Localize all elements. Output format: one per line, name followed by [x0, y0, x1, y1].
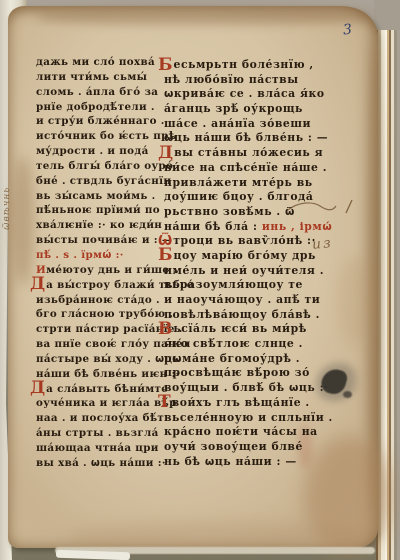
- text-line: повѣлѣва́ющоу бла́вѣ .: [164, 308, 346, 323]
- rubric-initial: Д: [30, 378, 45, 398]
- ink-text: вьразоумля́ющоу те: [164, 278, 303, 291]
- ink-text: вы хва́ . ѡць на́ши :·: [36, 457, 166, 469]
- rubric-initial: Б: [158, 245, 173, 265]
- text-line: ва пнїе своѥ́ гло́у паче́л: [36, 338, 168, 353]
- manuscript-page: 3 дажь ми сло́ похва́лити чти́мь сьмы́сл…: [8, 6, 378, 548]
- text-line: лити чти́мь сьмы́: [36, 71, 168, 86]
- ink-text: пѣ́ньноѥ прїими́ по: [36, 204, 160, 216]
- ink-text: ѡкрива́ѥ се . вла́са я́ко: [164, 87, 325, 100]
- stain-top-edge: [38, 9, 368, 25]
- text-line: па́стыре вы́ ходу . ѡць: [36, 353, 168, 368]
- text-line: ви́се на спѣсе́нїе на́ше .: [164, 161, 346, 176]
- ink-text: бне́ . ствдль буга́снїи: [36, 175, 171, 187]
- ink-text: на́ши бѣ бла́ :: [164, 220, 262, 233]
- ink-text: а сла́выть бѣни́мте: [46, 383, 168, 395]
- text-line: бне́ . ствдль буга́снїи: [36, 175, 168, 190]
- ink-text: лити чти́мь сьмы́: [36, 71, 147, 83]
- text-line: вь зы́самь мои́мь .: [36, 190, 168, 205]
- marginalia-flourish: [286, 198, 356, 216]
- text-line: и наоуча́ющоу . апѣ́ ти: [164, 293, 346, 308]
- text-line: кра́сно поѥ́ти ча́сы на: [164, 425, 346, 440]
- rubric-initial: Б: [158, 55, 173, 75]
- ink-text: наа . и послоу́ха бѣ́т: [36, 412, 164, 424]
- ink-text: хва́лѥнїе :· ко ѥди́н: [36, 219, 162, 231]
- text-line: дажь ми сло́ похва́: [36, 56, 168, 71]
- column-right: Бесьмрьтн боле́знїю ,нѣ любо́вїю па́ствы…: [164, 58, 346, 469]
- ink-text: нь бѣ ѡць на́ши : —: [164, 455, 297, 468]
- text-line: стрти па́стир расїа́нїе .: [36, 323, 168, 338]
- text-line: рѡма́не бгомоу́дрѣ .: [164, 352, 346, 367]
- text-line: и стру́и блже́ннаго .: [36, 115, 168, 130]
- text-line: Вьсїа́ль ѥси́ вь ми́рѣ: [164, 322, 346, 337]
- ink-text: рѡма́не бгомоу́дрѣ .: [164, 352, 300, 365]
- text-line: ѡць на́ши бѣ блве́нь : —: [164, 131, 346, 146]
- text-line: нь бѣ ѡць на́ши : —: [164, 455, 346, 470]
- folio-number: 3: [342, 22, 353, 39]
- text-line: вьселе́нноую и спльнїи .: [164, 411, 346, 426]
- ink-text: му́дрости . и пода́: [36, 145, 149, 157]
- ink-text: исто́чник бо ѥ́сть прѣ: [36, 130, 176, 142]
- text-line: оучи́ зовоу́щеи блве́: [164, 440, 346, 455]
- ink-text: рнїе добродѣ́тели .: [36, 101, 155, 113]
- ink-text: на́ши бѣ блве́нь иѥн :·: [36, 368, 180, 380]
- ink-text: повѣлѣва́ющоу бла́вѣ .: [164, 308, 320, 321]
- ink-text: а́ганць зрѣ́ оу́крощь: [164, 102, 303, 115]
- text-line: исто́чник бо ѥ́сть прѣ: [36, 130, 168, 145]
- ink-text: и стру́и блже́ннаго .: [36, 115, 165, 127]
- book-fore-edge: [376, 0, 400, 560]
- text-line: вьразоумля́ющоу те: [164, 278, 346, 293]
- ink-text: вы́сты почива́ѥ и : —: [36, 234, 173, 246]
- marginalia-left-vertical: ѿвѣчнь: [2, 164, 18, 230]
- ink-text: нѣ любо́вїю па́ствы: [164, 73, 299, 86]
- rubric-initial: В: [158, 319, 172, 339]
- column-left: дажь ми сло́ похва́лити чти́мь сьмы́слом…: [36, 56, 168, 472]
- text-line: Двы ста́вны ло́жесиь я: [164, 146, 346, 161]
- ink-text: оуче́ника и ѥгла́а вѣ́р: [36, 397, 177, 409]
- ink-text: изьбра́нноѥ ста́до .: [36, 294, 160, 306]
- text-line: Да вы́строу блажи́ тьбго́: [36, 279, 168, 294]
- ink-text: дажь ми сло́ похва́: [36, 56, 155, 68]
- text-line: име́ль и неи́ оучи́теля .: [164, 264, 346, 279]
- ink-text: ша́ющаа чтна́а цри: [36, 442, 159, 454]
- rubric-text: пѣ́ . ѕ . їрмѡ́ :·: [36, 249, 124, 261]
- text-line: бго гла́сною трубо́ю .: [36, 308, 168, 323]
- text-line: Да сла́выть бѣни́мте: [36, 383, 168, 398]
- text-line: на́ши бѣ бла́ : инь , ірмѡ́: [164, 220, 346, 235]
- ink-text: вы ста́вны ло́жесиь я: [174, 146, 323, 159]
- text-line: вы хва́ . ѡць на́ши :·: [36, 457, 168, 472]
- rubric-initial: Д: [158, 143, 173, 163]
- text-line: на́ши бѣ блве́нь иѥн :·: [36, 368, 168, 383]
- rubric-initial: Д: [30, 274, 45, 294]
- text-line: пѣ́ньноѥ прїими́ по: [36, 204, 168, 219]
- ink-blot-dot: [343, 391, 352, 398]
- ink-text: а́ны стрты . вьзгла́: [36, 427, 159, 439]
- ink-text: кра́сно поѥ́ти ча́сы на: [164, 425, 318, 438]
- text-line: вы́сты почива́ѥ и : —: [36, 234, 168, 249]
- ink-text: оучи́ зовоу́щеи блве́: [164, 440, 303, 453]
- ink-text: ша́се . ана́нїа зо́веши: [164, 117, 311, 130]
- ink-text: рьствно зовѣ́мь . ѿ: [164, 205, 295, 218]
- text-line: пѣ́ . ѕ . їрмѡ́ :·: [36, 249, 168, 264]
- ink-text: сломь . а́пла бго́ за: [36, 86, 158, 98]
- text-line: нѣ любо́вїю па́ствы: [164, 73, 346, 88]
- ink-text: я́ко свѣ́тлоѥ слнце .: [164, 337, 303, 350]
- fore-edge-shadow: [374, 0, 400, 30]
- ink-text: привла́жети мте́рь вь: [164, 176, 313, 189]
- ink-text: тель блгы́ бла́го оуро́: [36, 160, 173, 172]
- text-line: хва́лѥнїе :· ко ѥди́н: [36, 219, 168, 234]
- marginalia-right-note: из: [311, 235, 333, 253]
- text-line: ѡкрива́ѥ се . вла́са я́ко: [164, 87, 346, 102]
- text-line: изьбра́нноѥ ста́до .: [36, 294, 168, 309]
- ink-text: и наоуча́ющоу . апѣ́ ти: [164, 293, 320, 306]
- text-line: ша́ющаа чтна́а цри: [36, 442, 168, 457]
- rubric-initial: Т: [158, 392, 171, 412]
- ink-text: есьмрьтн боле́знїю ,: [174, 58, 314, 71]
- ink-text: цоу марі́ю бго́му дрь: [174, 249, 316, 262]
- text-line: рнїе добродѣ́тели .: [36, 101, 168, 116]
- ink-text: име́ль и неи́ оучи́теля .: [164, 264, 324, 277]
- text-line: а́ганць зрѣ́ оу́крощь: [164, 102, 346, 117]
- text-line: тель блгы́ бла́го оуро́: [36, 160, 168, 175]
- text-line: Твои́хъ глъ вѣща́нїе .: [164, 396, 346, 411]
- text-line: сломь . а́пла бго́ за: [36, 86, 168, 101]
- ink-text: ме́ютоу днь и ги́ше :: [46, 264, 177, 276]
- text-line: а́ны стрты . вьзгла́: [36, 427, 168, 442]
- ink-text: вьселе́нноую и спльнїи .: [164, 411, 333, 424]
- ink-text: ѡць на́ши бѣ блве́нь : —: [164, 131, 328, 144]
- ink-text: вь зы́самь мои́мь .: [36, 190, 156, 202]
- ink-text: вои́хъ глъ вѣща́нїе .: [172, 396, 310, 409]
- text-line: оуче́ника и ѥгла́а вѣ́р: [36, 397, 168, 412]
- text-line: привла́жети мте́рь вь: [164, 176, 346, 191]
- text-line: ша́се . ана́нїа зо́веши: [164, 117, 346, 132]
- ink-text: па́стыре вы́ ходу . ѡць: [36, 353, 180, 365]
- ink-text: ьсїа́ль ѥси́ вь ми́рѣ: [173, 322, 306, 335]
- text-line: я́ко свѣ́тлоѥ слнце .: [164, 337, 346, 352]
- pages-beneath-sliver: [56, 550, 130, 560]
- ink-text: просвѣща́ѥ вѣ́рою зо́: [164, 366, 310, 379]
- text-line: му́дрости . и пода́: [36, 145, 168, 160]
- ink-text: воу́щыи . блвѣ́ бѣ ѡць :·: [164, 381, 328, 394]
- manuscript-photo: 3 дажь ми сло́ похва́лити чти́мь сьмы́сл…: [0, 0, 400, 560]
- text-line: наа . и послоу́ха бѣ́т: [36, 412, 168, 427]
- ink-text: троци вь вавѷло́нѣ :·: [173, 234, 316, 247]
- ink-text: ви́се на спѣсе́нїе на́ше .: [164, 161, 327, 174]
- rubric-text: инь , ірмѡ́: [262, 220, 332, 233]
- text-line: Бесьмрьтн боле́знїю ,: [164, 58, 346, 73]
- ink-text: бго гла́сною трубо́ю .: [36, 308, 173, 320]
- text-line: Име́ютоу днь и ги́ше :: [36, 264, 168, 279]
